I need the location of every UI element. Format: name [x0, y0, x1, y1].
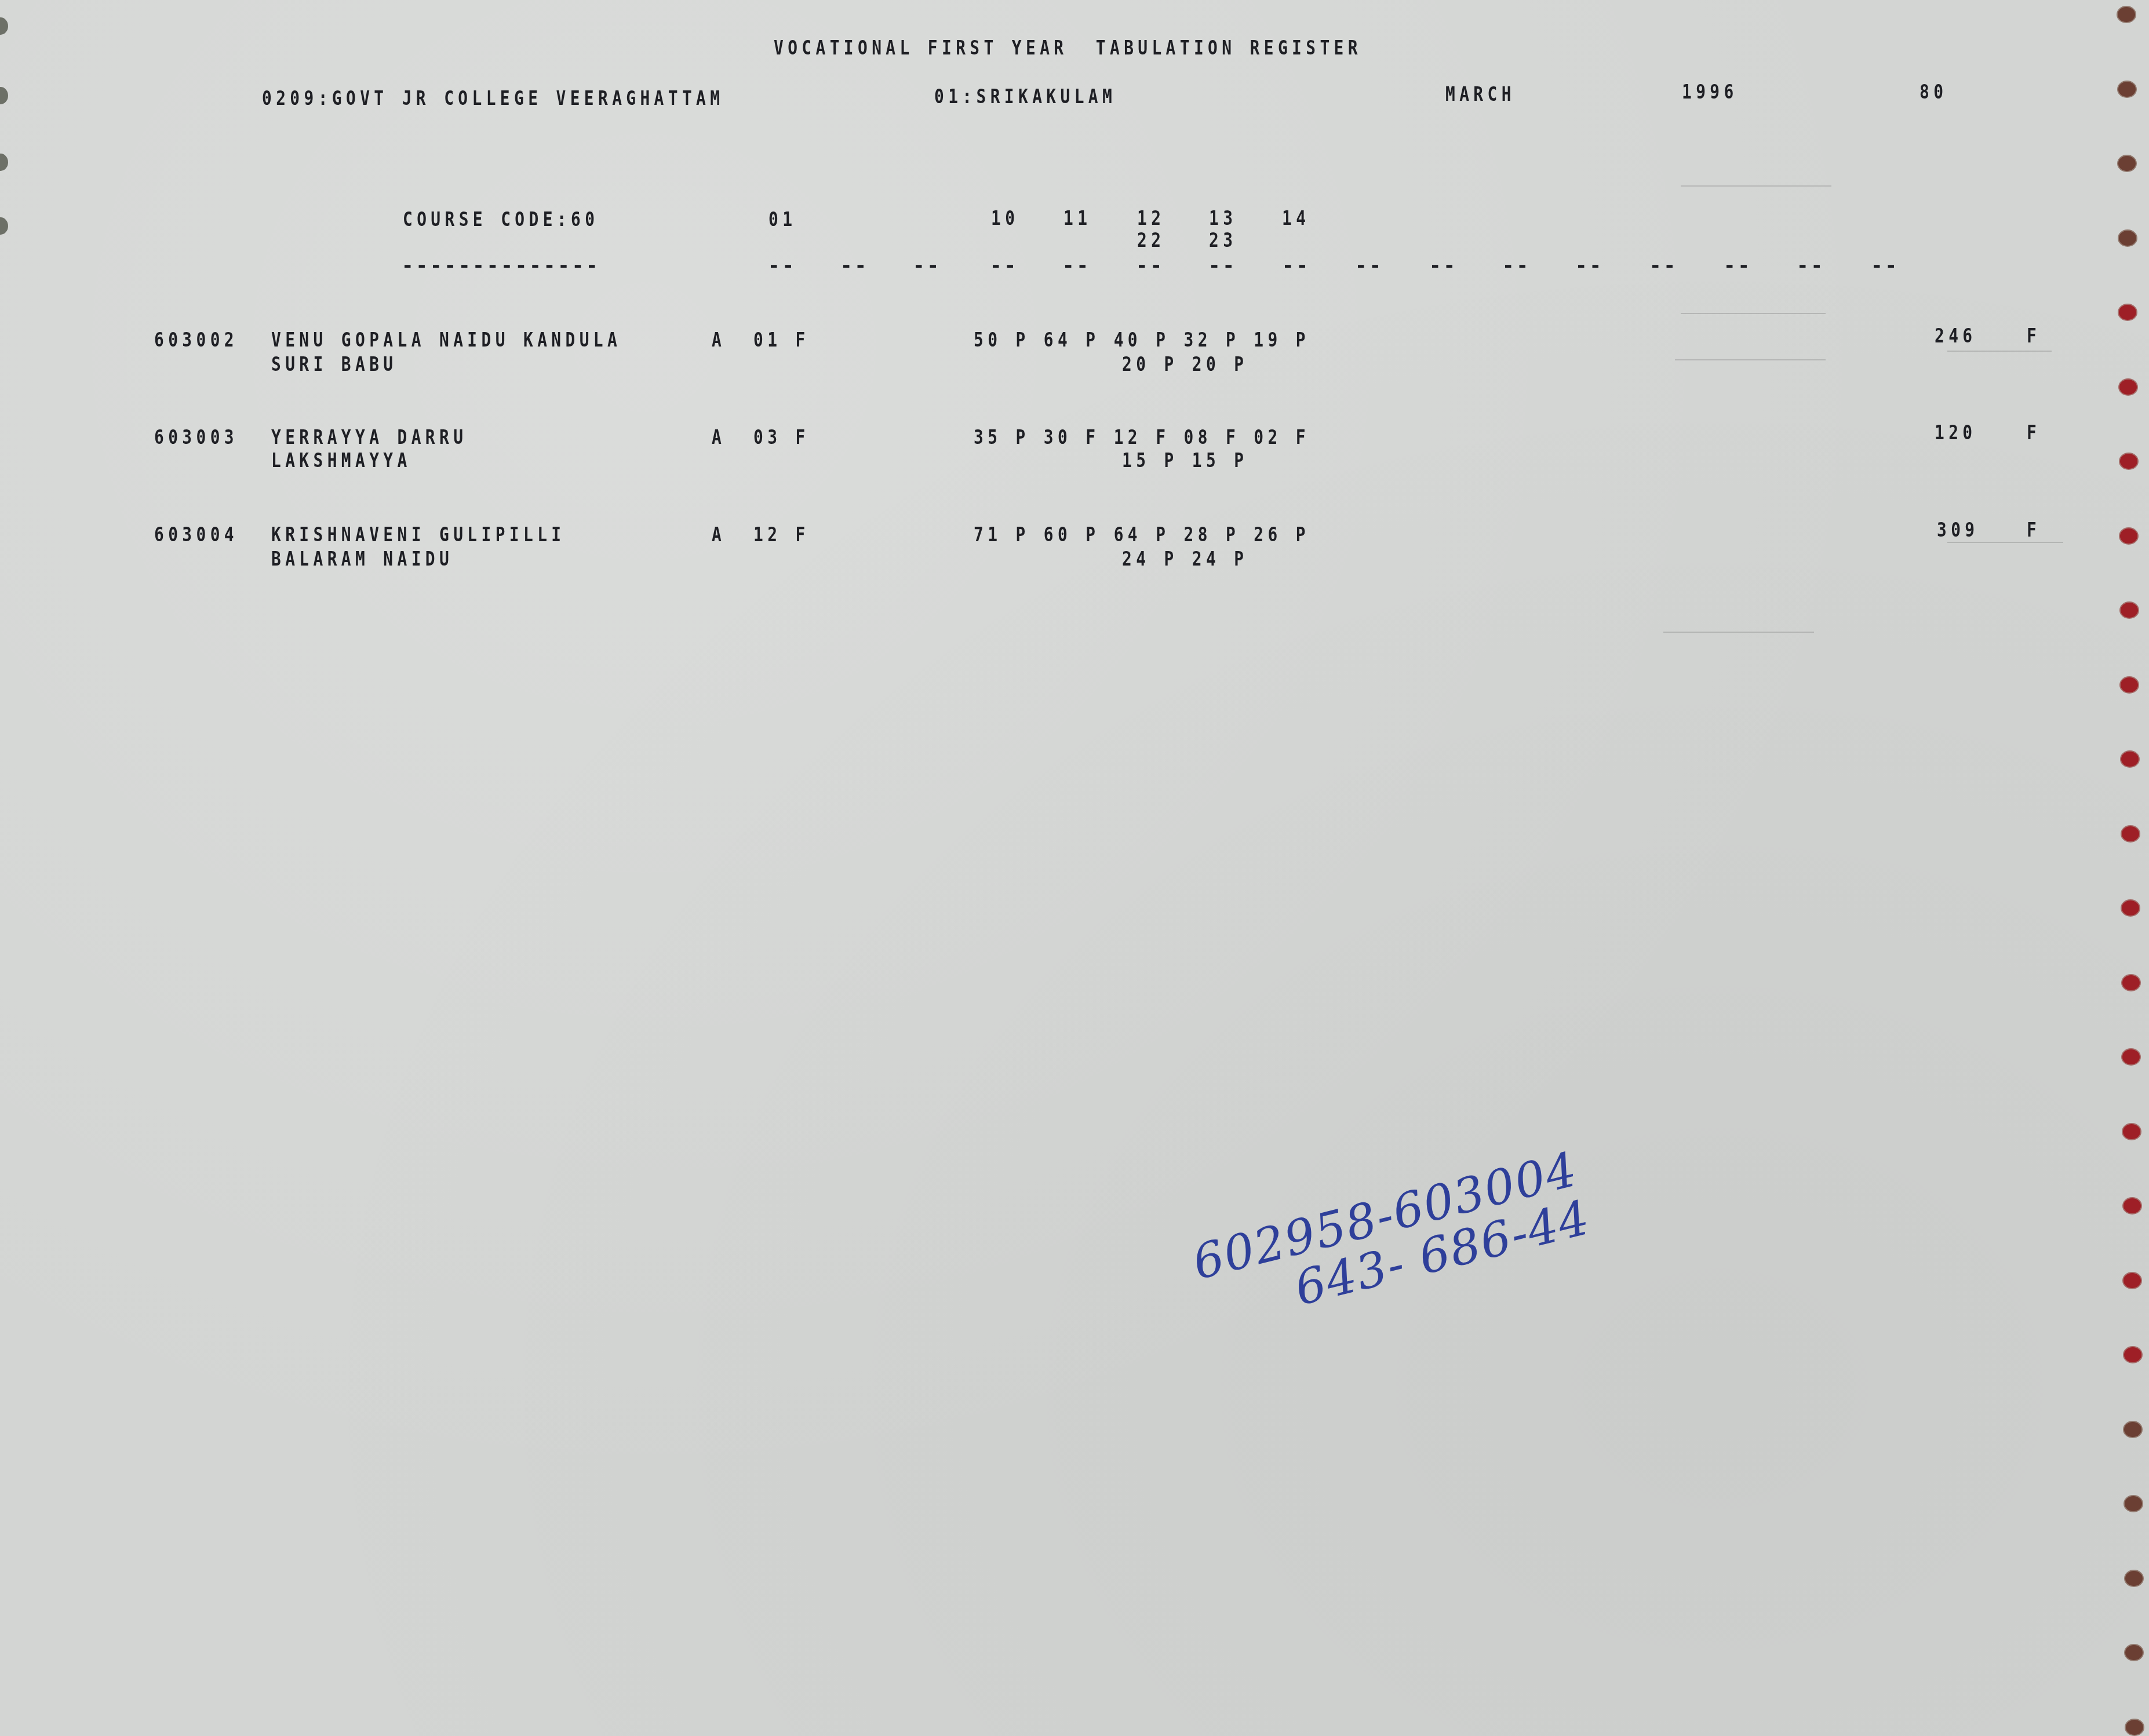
- part1-marks: 03 F: [753, 428, 810, 447]
- subject-code-23: 23: [1209, 231, 1237, 250]
- feed-hole: [0, 87, 8, 104]
- feed-hole: [2118, 229, 2137, 247]
- feed-hole: [2124, 1570, 2144, 1587]
- page-number: 80: [1919, 82, 1947, 102]
- student-name: KRISHNAVENI GULIPILLI: [271, 525, 565, 545]
- feed-hole: [2119, 676, 2139, 694]
- exam-year: 1996: [1682, 82, 1738, 102]
- column-separator: --: [1429, 254, 1458, 277]
- column-separator: --: [1062, 254, 1091, 277]
- column-separator: --: [1502, 254, 1531, 277]
- student-name: YERRAYYA DARRU: [271, 428, 467, 447]
- part1-marks: 01 F: [753, 330, 810, 350]
- subject-code-22: 22: [1137, 231, 1165, 250]
- subject-marks-row2: 15 P 15 P: [1122, 451, 1248, 471]
- course-code-label: COURSE CODE:60: [403, 210, 599, 229]
- register-title: VOCATIONAL FIRST YEAR TABULATION REGISTE…: [774, 38, 1362, 58]
- subject-marks-row1: 35 P 30 F 12 F 08 F 02 F: [974, 428, 1310, 447]
- feed-hole: [0, 154, 8, 171]
- column-separator: --: [768, 254, 796, 277]
- feed-hole: [2121, 974, 2141, 991]
- subject-code-12: 12: [1137, 209, 1165, 228]
- feed-hole: [2123, 1421, 2143, 1438]
- father-name: SURI BABU: [271, 355, 397, 374]
- subject-code-11: 11: [1063, 209, 1091, 228]
- father-name: LAKSHMAYYA: [271, 451, 411, 471]
- subject-code-10: 10: [991, 209, 1019, 228]
- hall-ticket-number: 603003: [154, 428, 238, 447]
- feed-hole: [2121, 899, 2140, 917]
- exam-month: MARCH: [1445, 85, 1516, 104]
- feed-hole: [2118, 378, 2138, 396]
- show-through-mark: [1663, 632, 1814, 633]
- feed-hole: [2122, 1197, 2142, 1215]
- part1-marks: 12 F: [753, 525, 810, 545]
- feed-hole: [2119, 527, 2139, 545]
- total-marks: 120: [1935, 423, 1977, 443]
- column-separator: --: [840, 254, 869, 277]
- feed-hole: [2117, 155, 2137, 172]
- category: A: [712, 428, 726, 447]
- total-marks: 246: [1935, 326, 1977, 346]
- handwritten-note: 602958-603004 643- 686-44: [1188, 1128, 1684, 1425]
- feed-hole: [2124, 1644, 2144, 1661]
- father-name: BALARAM NAIDU: [271, 549, 453, 569]
- hall-ticket-number: 603002: [154, 330, 238, 350]
- hall-ticket-number: 603004: [154, 525, 238, 545]
- column-separator: --: [1208, 254, 1237, 277]
- show-through-mark: [1675, 359, 1826, 360]
- feed-hole: [2121, 825, 2140, 843]
- feed-hole: [2123, 1495, 2143, 1512]
- column-separator: --: [1649, 254, 1678, 277]
- feed-hole: [2119, 601, 2139, 619]
- feed-hole: [2119, 453, 2139, 470]
- feed-hole: [2117, 81, 2137, 98]
- subject-marks-row2: 24 P 24 P: [1122, 549, 1248, 569]
- column-separator: --: [1282, 254, 1310, 277]
- feed-hole: [2125, 1719, 2144, 1736]
- feed-hole: [2123, 1346, 2143, 1363]
- feed-hole: [2121, 1048, 2141, 1066]
- course-code-underline: --------------: [402, 254, 600, 277]
- column-separator: --: [1797, 254, 1825, 277]
- subject-marks-row2: 20 P 20 P: [1122, 355, 1248, 374]
- subject-code-13: 13: [1209, 209, 1237, 228]
- column-separator: --: [1575, 254, 1604, 277]
- result-status: F: [2027, 520, 2041, 540]
- subject-marks-row1: 71 P 60 P 64 P 28 P 26 P: [974, 525, 1310, 545]
- show-through-mark: [1947, 542, 2063, 543]
- student-name: VENU GOPALA NAIDU KANDULA: [271, 330, 621, 350]
- feed-hole: [0, 217, 8, 235]
- district-name: 01:SRIKAKULAM: [934, 87, 1116, 107]
- feed-hole: [2122, 1272, 2142, 1289]
- column-separator: --: [1871, 254, 1899, 277]
- college-name: 0209:GOVT JR COLLEGE VEERAGHATTAM: [262, 89, 724, 108]
- show-through-mark: [1681, 313, 1826, 314]
- show-through-mark: [1681, 185, 1831, 187]
- total-marks: 309: [1937, 520, 1979, 540]
- subject-code-14: 14: [1282, 209, 1310, 228]
- column-separator: --: [913, 254, 941, 277]
- category: A: [712, 525, 726, 545]
- column-separator: --: [1355, 254, 1383, 277]
- show-through-mark: [1947, 351, 2052, 352]
- subject-marks-row1: 50 P 64 P 40 P 32 P 19 P: [974, 330, 1310, 350]
- column-separator: --: [1136, 254, 1164, 277]
- result-status: F: [2027, 326, 2041, 346]
- column-separator: --: [1724, 254, 1752, 277]
- feed-hole: [2120, 750, 2140, 768]
- feed-hole: [2118, 304, 2137, 321]
- column-separator: --: [990, 254, 1018, 277]
- subject-code-01: 01: [768, 210, 796, 229]
- result-status: F: [2027, 423, 2041, 443]
- feed-hole: [2117, 6, 2136, 23]
- feed-hole: [2122, 1123, 2141, 1140]
- category: A: [712, 330, 726, 350]
- feed-hole: [0, 17, 8, 35]
